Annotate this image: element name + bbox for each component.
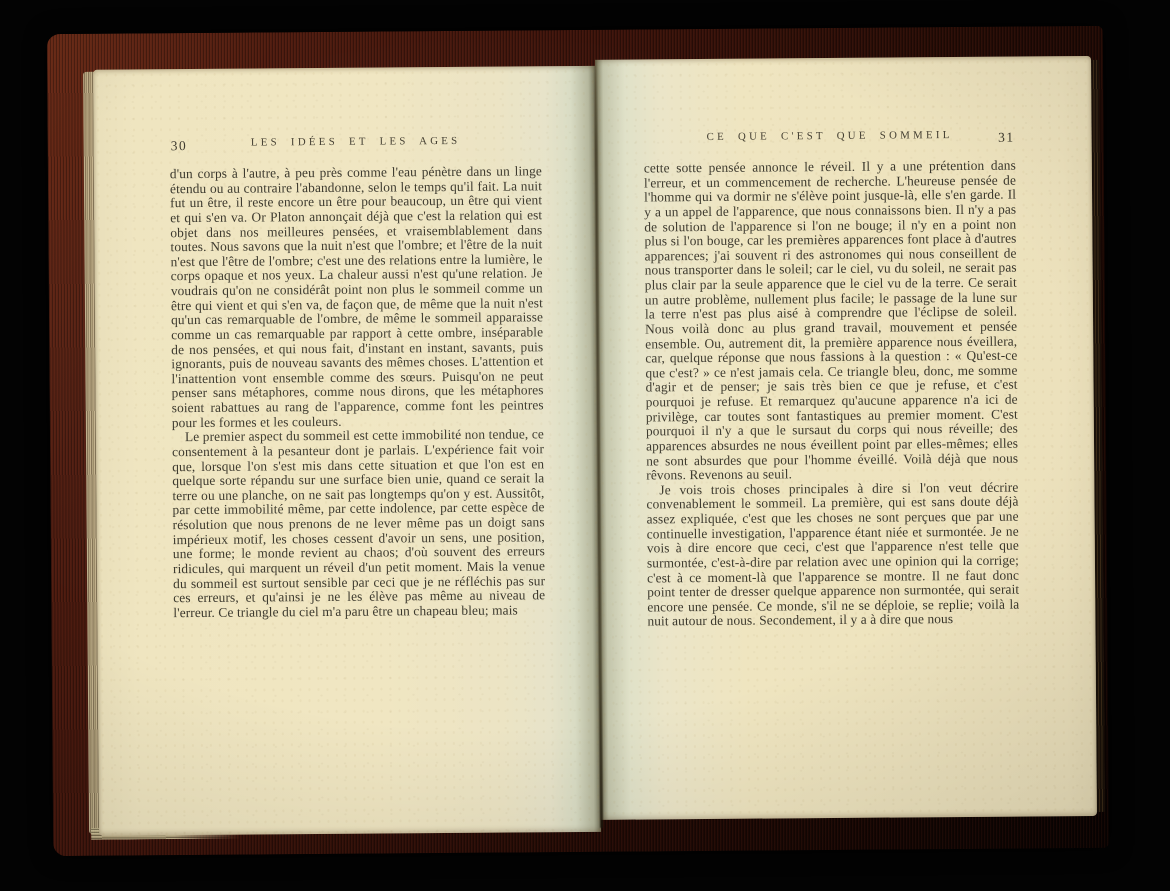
left-page: 30 LES IDÉES ET LES AGES d'un corps à l'… <box>93 66 601 836</box>
running-title-right: CE QUE C'EST QUE SOMMEIL <box>644 129 1016 144</box>
right-page-text-block: CE QUE C'EST QUE SOMMEIL 31 cette sotte … <box>644 129 1020 630</box>
book-photo-background: 30 LES IDÉES ET LES AGES d'un corps à l'… <box>0 0 1170 891</box>
left-page-text-block: 30 LES IDÉES ET LES AGES d'un corps à l'… <box>170 134 546 620</box>
right-page-paragraph-2: Je vois trois choses principales à dire … <box>646 480 1019 629</box>
book-cover: 30 LES IDÉES ET LES AGES d'un corps à l'… <box>47 26 1109 856</box>
page-number-right: 31 <box>998 130 1015 146</box>
left-running-head: 30 LES IDÉES ET LES AGES <box>170 134 542 155</box>
page-number-left: 30 <box>171 138 188 154</box>
right-page: CE QUE C'EST QUE SOMMEIL 31 cette sotte … <box>595 56 1097 820</box>
left-page-paragraph-2: Le premier aspect du sommeil est cette i… <box>172 428 545 621</box>
left-page-paragraph-1: d'un corps à l'autre, à peu près comme l… <box>170 164 544 430</box>
right-running-head: CE QUE C'EST QUE SOMMEIL 31 <box>644 129 1016 150</box>
right-page-paragraph-1: cette sotte pensée annonce le réveil. Il… <box>644 159 1019 484</box>
running-title-left: LES IDÉES ET LES AGES <box>170 134 542 149</box>
